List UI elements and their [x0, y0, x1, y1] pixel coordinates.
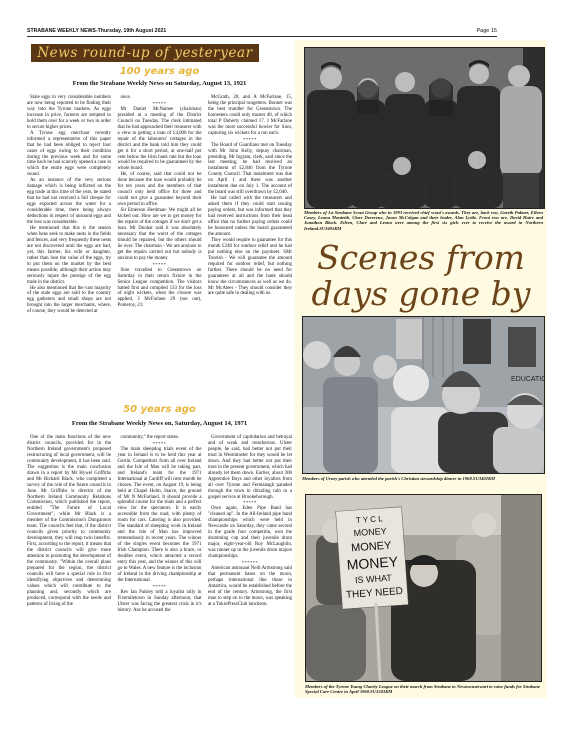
article-paragraph: The Board of Guardians met on Tuesday wi…: [208, 143, 292, 197]
charity-march-photo: T Y C L MONEY MONEY MONEY IS WHAT THEY N…: [305, 494, 542, 682]
charity-march-image: T Y C L MONEY MONEY MONEY IS WHAT THEY N…: [306, 495, 541, 681]
subheading-1921: From the Strabane Weekly News on Saturda…: [27, 80, 292, 87]
article-paragraph: They would require to guarantee for this…: [208, 238, 292, 298]
parish-dinner-photo: EDUCATION: [302, 316, 545, 474]
publication-dateline: STRABANE WEEKLY NEWS-Thursday, 19th Augu…: [27, 27, 166, 35]
svg-text:T Y C L: T Y C L: [356, 514, 384, 525]
feature-title-line-1: Scenes from: [295, 240, 547, 276]
subheading-1971: From the Strabane Weekly News on, Saturd…: [27, 420, 292, 427]
article-column-3: Government of capitulation and betrayal …: [208, 435, 292, 614]
march-photo-caption: Members of the Tyrone Young Charity Leag…: [305, 684, 540, 694]
parish-photo-caption: Members of Urney parish who attended the…: [302, 476, 543, 481]
heading-50-years: 50 years ago: [27, 404, 292, 415]
scout-group-photo: [304, 47, 545, 209]
article-paragraph: Sir Emerson Herdman- We might all be kic…: [118, 208, 202, 262]
articles-1971: One of the main functions of the new dis…: [27, 435, 292, 614]
article-column-2: community," the report states.*****The m…: [118, 435, 202, 614]
article-column-1: Stale eggs in very considerable numbers …: [27, 95, 111, 315]
feature-title-line-2: days gone by: [295, 276, 547, 312]
article-paragraph: Once again, Eden Pipe Band has "cleaned …: [208, 506, 292, 560]
masthead: STRABANE WEEKLY NEWS-Thursday, 19th Augu…: [27, 27, 497, 37]
page-number: Page 15: [477, 27, 498, 35]
article-paragraph: Rev Ian Paisley told a loyalist rally in…: [118, 590, 202, 614]
article-column-3: McGrath, 20, and A McFarlane, 15, being …: [208, 95, 292, 315]
article-paragraph: Government of capitulation and betrayal …: [208, 435, 292, 500]
article-paragraph: As an instance of the very serious damag…: [27, 178, 111, 226]
parish-dinner-image: EDUCATION: [303, 317, 544, 473]
article-paragraph: Stale eggs in very considerable numbers …: [27, 95, 111, 131]
article-paragraph: He mentioned that this is the season whe…: [27, 226, 111, 286]
article-column-2: once.*****Mr Daniel McNamee (chairman) p…: [118, 95, 202, 315]
articles-1921: Stale eggs in very considerable numbers …: [27, 95, 292, 315]
article-paragraph: He had called with the treasurers and as…: [208, 196, 292, 238]
education-wall-sign: EDUCATION: [511, 376, 544, 383]
article-paragraph: A Tyrone egg merchant recently informed …: [27, 131, 111, 179]
heading-100-years: 100 years ago: [27, 66, 292, 77]
article-paragraph: The main sheepdog trials event of the ye…: [118, 447, 202, 584]
article-paragraph: He, of course, said that could not be do…: [118, 172, 202, 208]
article-paragraph: McGrath, 20, and A McFarlane, 15, being …: [208, 95, 292, 137]
scout-group-image: [305, 48, 544, 208]
article-column-1: One of the main functions of the new dis…: [27, 435, 111, 614]
section-banner: News round-up of yesteryear: [31, 44, 259, 62]
article-paragraph: Sion travelled to Greenstown on Saturday…: [118, 268, 202, 310]
article-paragraph: American astronaut Neill Armstrong said …: [208, 566, 292, 608]
article-paragraph: Mr Daniel McNamee (chairman) presided at…: [118, 107, 202, 172]
scout-photo-caption: Members of 1st Strabane Scout Group who …: [304, 210, 543, 231]
article-paragraph: One of the main functions of the new dis…: [27, 435, 111, 608]
scenes-panel: Members of 1st Strabane Scout Group who …: [295, 40, 547, 698]
article-paragraph: He also mentioned that the vast majority…: [27, 286, 111, 316]
